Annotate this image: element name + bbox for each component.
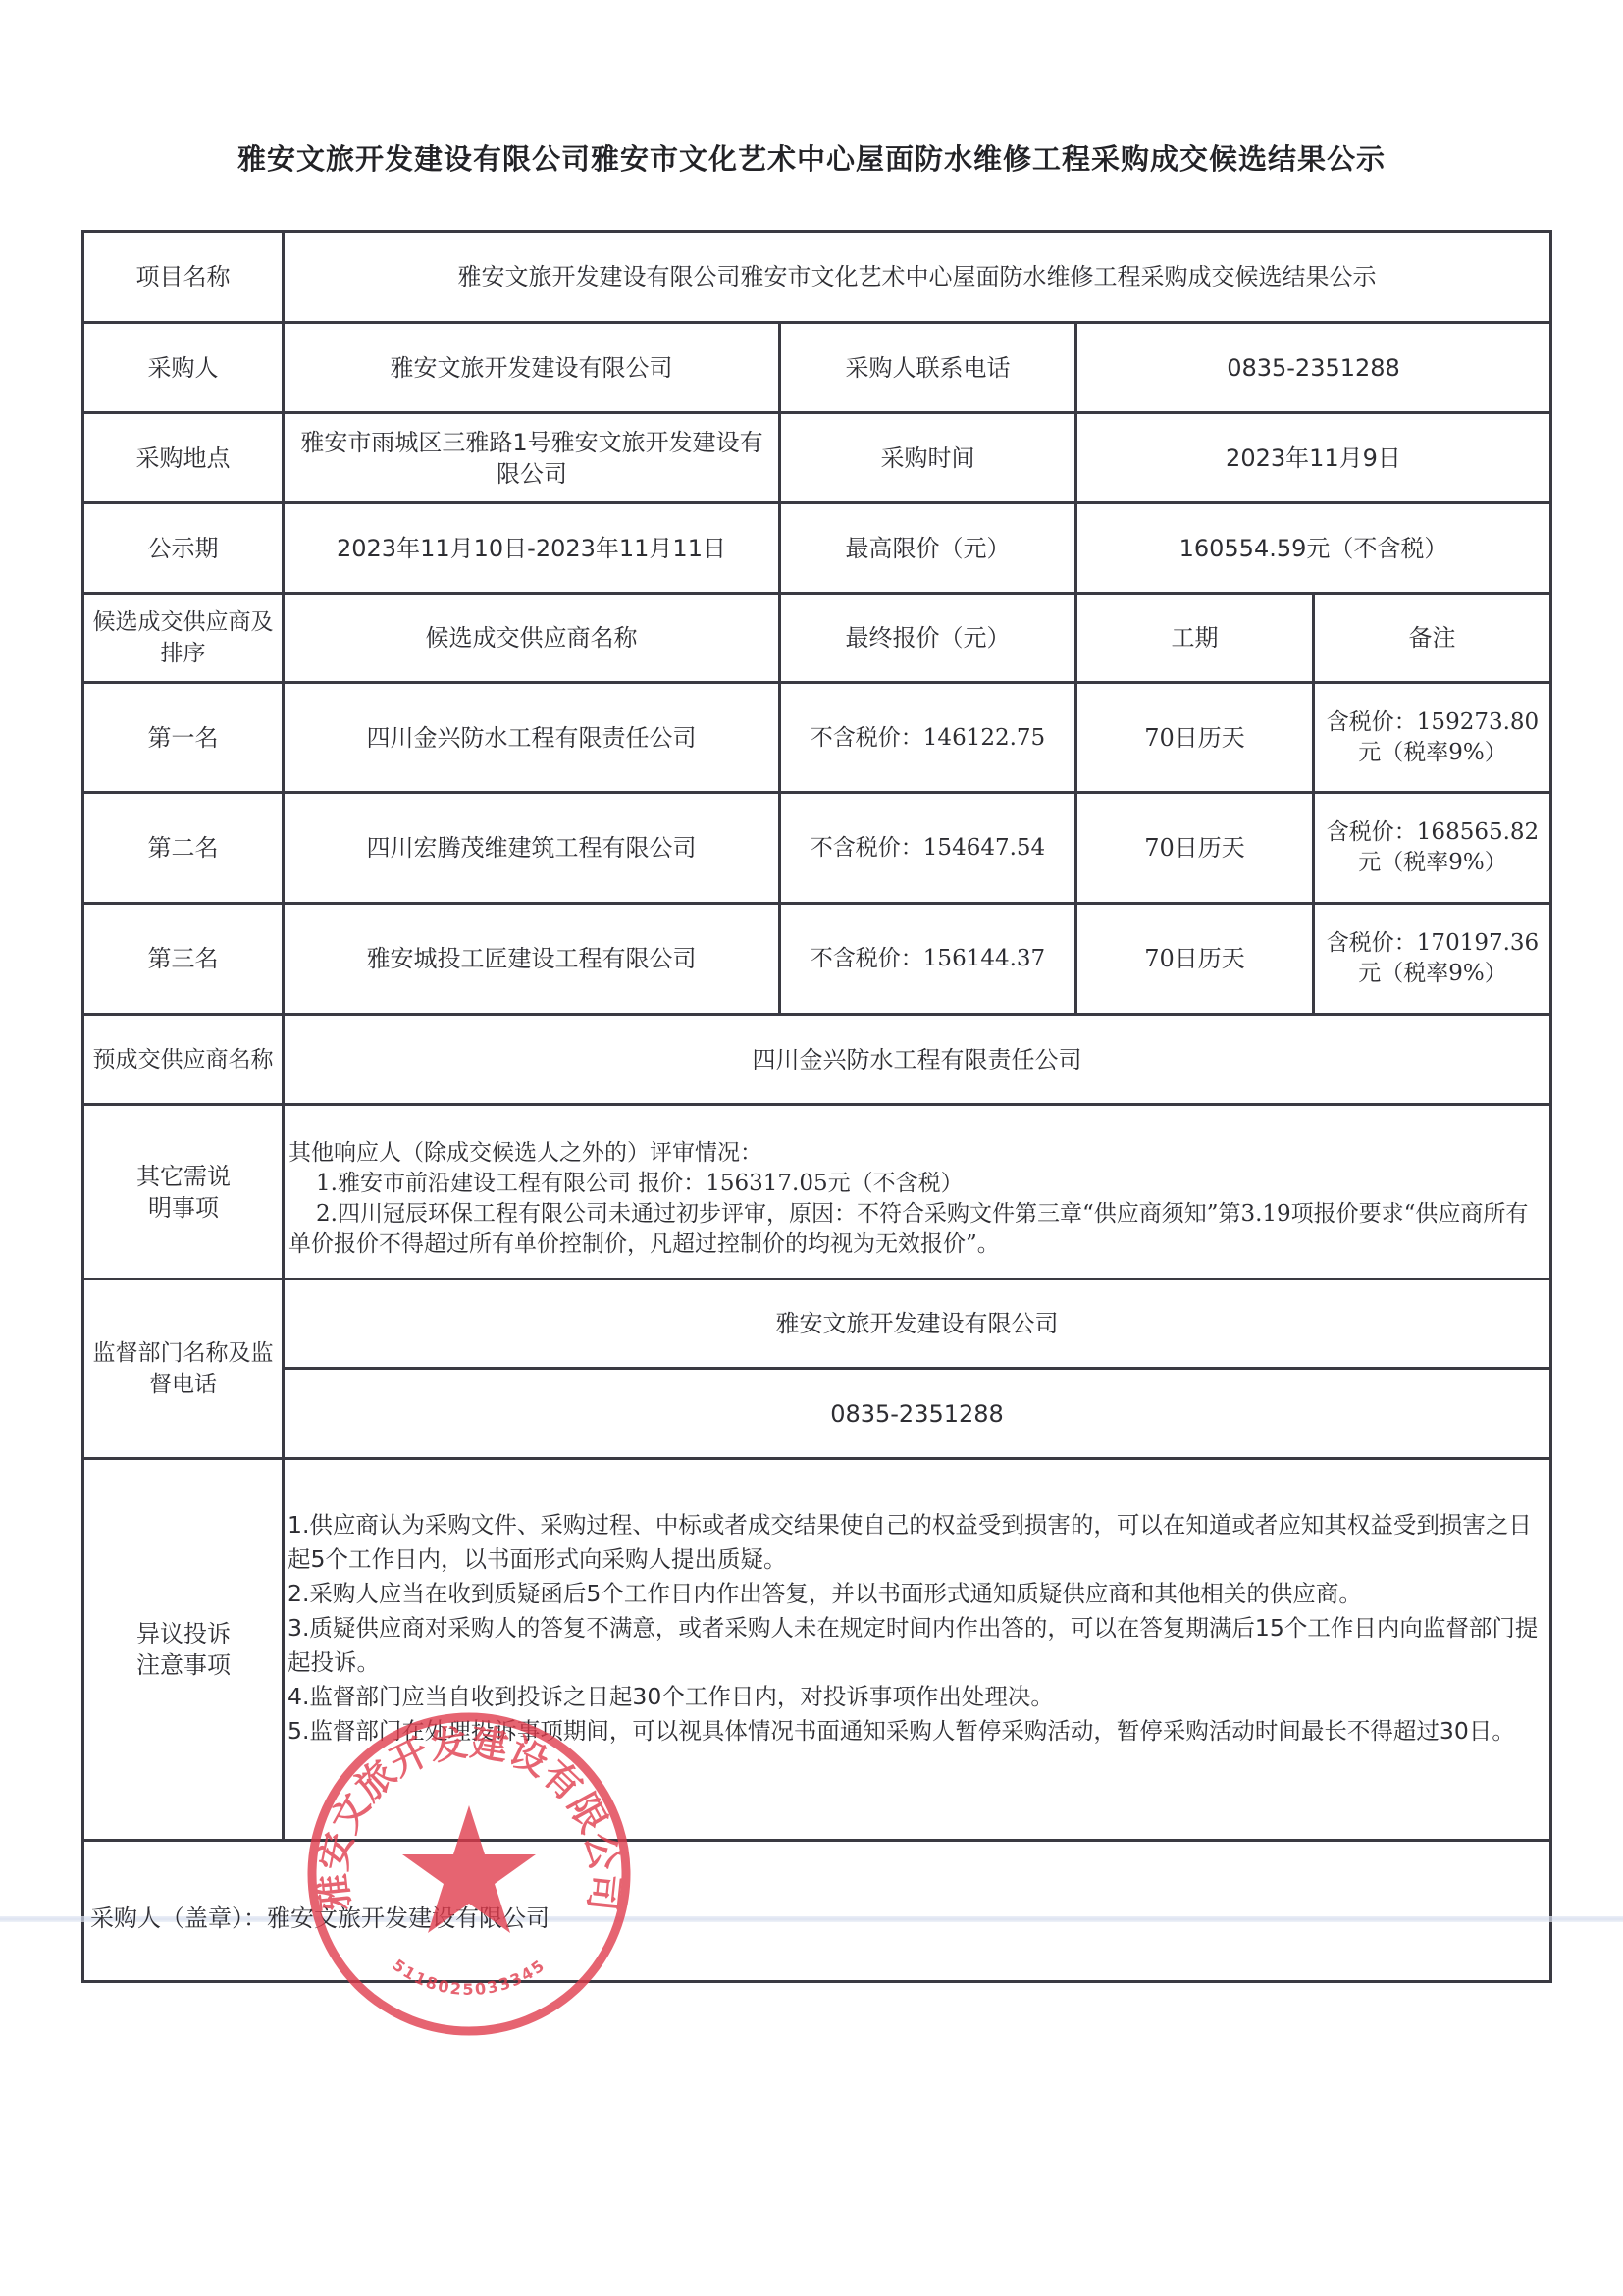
- candidate-name: 四川宏腾茂维建筑工程有限公司: [285, 794, 778, 902]
- purchaser-label: 采购人: [84, 324, 282, 411]
- location-value: 雅安市雨城区三雅路1号雅安文旅开发建设有限公司: [290, 414, 773, 501]
- project-name-label: 项目名称: [84, 233, 282, 321]
- candidate-duration-header: 工期: [1077, 595, 1312, 681]
- other-notes-intro: 其他响应人（除成交候选人之外的）评审情况：: [288, 1138, 1546, 1169]
- pre-winner-value: 四川金兴防水工程有限责任公司: [285, 1016, 1549, 1103]
- complaints-item: 2.采购人应当在收到质疑函后5个工作日内作出答复，并以书面形式通知质疑供应商和其…: [288, 1577, 1544, 1611]
- purchaser-phone-label: 采购人联系电话: [781, 324, 1074, 411]
- svg-text:5118025033345: 5118025033345: [390, 1956, 550, 1999]
- candidate-remark: 含税价：170197.36元（税率9%）: [1321, 905, 1544, 1013]
- candidate-price: 不含税价：146122.75: [781, 684, 1074, 791]
- purchaser-phone-value: 0835-2351288: [1077, 324, 1549, 411]
- pre-winner-label: 预成交供应商名称: [86, 1016, 280, 1103]
- supervision-name: 雅安文旅开发建设有限公司: [285, 1280, 1549, 1367]
- candidate-price: 不含税价：154647.54: [781, 794, 1074, 902]
- stamp-line: 采购人（盖章）： 雅安文旅开发建设有限公司: [90, 1894, 875, 1943]
- complaints-item: 1.供应商认为采购文件、采购过程、中标或者成交结果使自己的权益受到损害的，可以在…: [288, 1508, 1544, 1577]
- complaints-item: 4.监督部门应当自收到投诉之日起30个工作日内，对投诉事项作出处理决。: [288, 1680, 1544, 1714]
- stamp-company: 雅安文旅开发建设有限公司: [267, 1903, 550, 1934]
- complaints-item: 5.监督部门在处理投诉事项期间，可以视具体情况书面通知采购人暂停采购活动，暂停采…: [288, 1714, 1544, 1748]
- candidate-duration: 70日历天: [1077, 684, 1312, 791]
- supervision-label: 监督部门名称及监督电话: [84, 1280, 282, 1457]
- max-price-value: 160554.59元（不含税）: [1077, 504, 1549, 592]
- notice-period-value: 2023年11月10日-2023年11月11日: [285, 504, 778, 592]
- purchase-time-value: 2023年11月9日: [1077, 414, 1549, 501]
- document-title: 雅安文旅开发建设有限公司雅安市文化艺术中心屋面防水维修工程采购成交候选结果公示: [0, 137, 1623, 178]
- complaints-content: 1.供应商认为采购文件、采购过程、中标或者成交结果使自己的权益受到损害的，可以在…: [288, 1508, 1544, 1802]
- purchaser-value: 雅安文旅开发建设有限公司: [285, 324, 778, 411]
- candidate-name: 雅安城投工匠建设工程有限公司: [285, 905, 778, 1013]
- other-notes-item: 2.四川冠辰环保工程有限公司未通过初步评审，原因：不符合采购文件第三章“供应商须…: [288, 1199, 1546, 1260]
- candidate-rank: 第一名: [84, 684, 282, 791]
- complaints-item: 3.质疑供应商对采购人的答复不满意，或者采购人未在规定时间内作出答的，可以在答复…: [288, 1611, 1544, 1680]
- complaints-label: 异议投诉注意事项: [128, 1460, 239, 1839]
- candidate-rank: 第二名: [84, 794, 282, 902]
- candidate-price-header: 最终报价（元）: [781, 595, 1074, 681]
- candidate-price: 不含税价：156144.37: [781, 905, 1074, 1013]
- candidate-remark: 含税价：168565.82元（税率9%）: [1321, 794, 1544, 902]
- purchase-time-label: 采购时间: [781, 414, 1074, 501]
- other-notes-item: 1.雅安市前沿建设工程有限公司 报价：156317.05元（不含税）: [288, 1169, 1546, 1199]
- project-name-value: 雅安文旅开发建设有限公司雅安市文化艺术中心屋面防水维修工程采购成交候选结果公示: [285, 233, 1549, 321]
- candidate-duration: 70日历天: [1077, 794, 1312, 902]
- candidate-duration: 70日历天: [1077, 905, 1312, 1013]
- other-notes-content: 其他响应人（除成交候选人之外的）评审情况： 1.雅安市前沿建设工程有限公司 报价…: [288, 1138, 1546, 1276]
- candidate-remark-header: 备注: [1315, 595, 1549, 681]
- stamp-label: 采购人（盖章）：: [90, 1903, 267, 1934]
- supervision-phone: 0835-2351288: [285, 1370, 1549, 1457]
- candidate-remark: 含税价：159273.80元（税率9%）: [1321, 684, 1544, 791]
- location-label: 采购地点: [84, 414, 282, 501]
- candidate-rank-header: 候选成交供应商及排序: [86, 595, 280, 681]
- notice-period-label: 公示期: [84, 504, 282, 592]
- max-price-label: 最高限价（元）: [781, 504, 1074, 592]
- candidate-name-header: 候选成交供应商名称: [285, 595, 778, 681]
- candidate-name: 四川金兴防水工程有限责任公司: [285, 684, 778, 791]
- candidate-rank: 第三名: [84, 905, 282, 1013]
- other-notes-label: 其它需说明事项: [128, 1106, 239, 1278]
